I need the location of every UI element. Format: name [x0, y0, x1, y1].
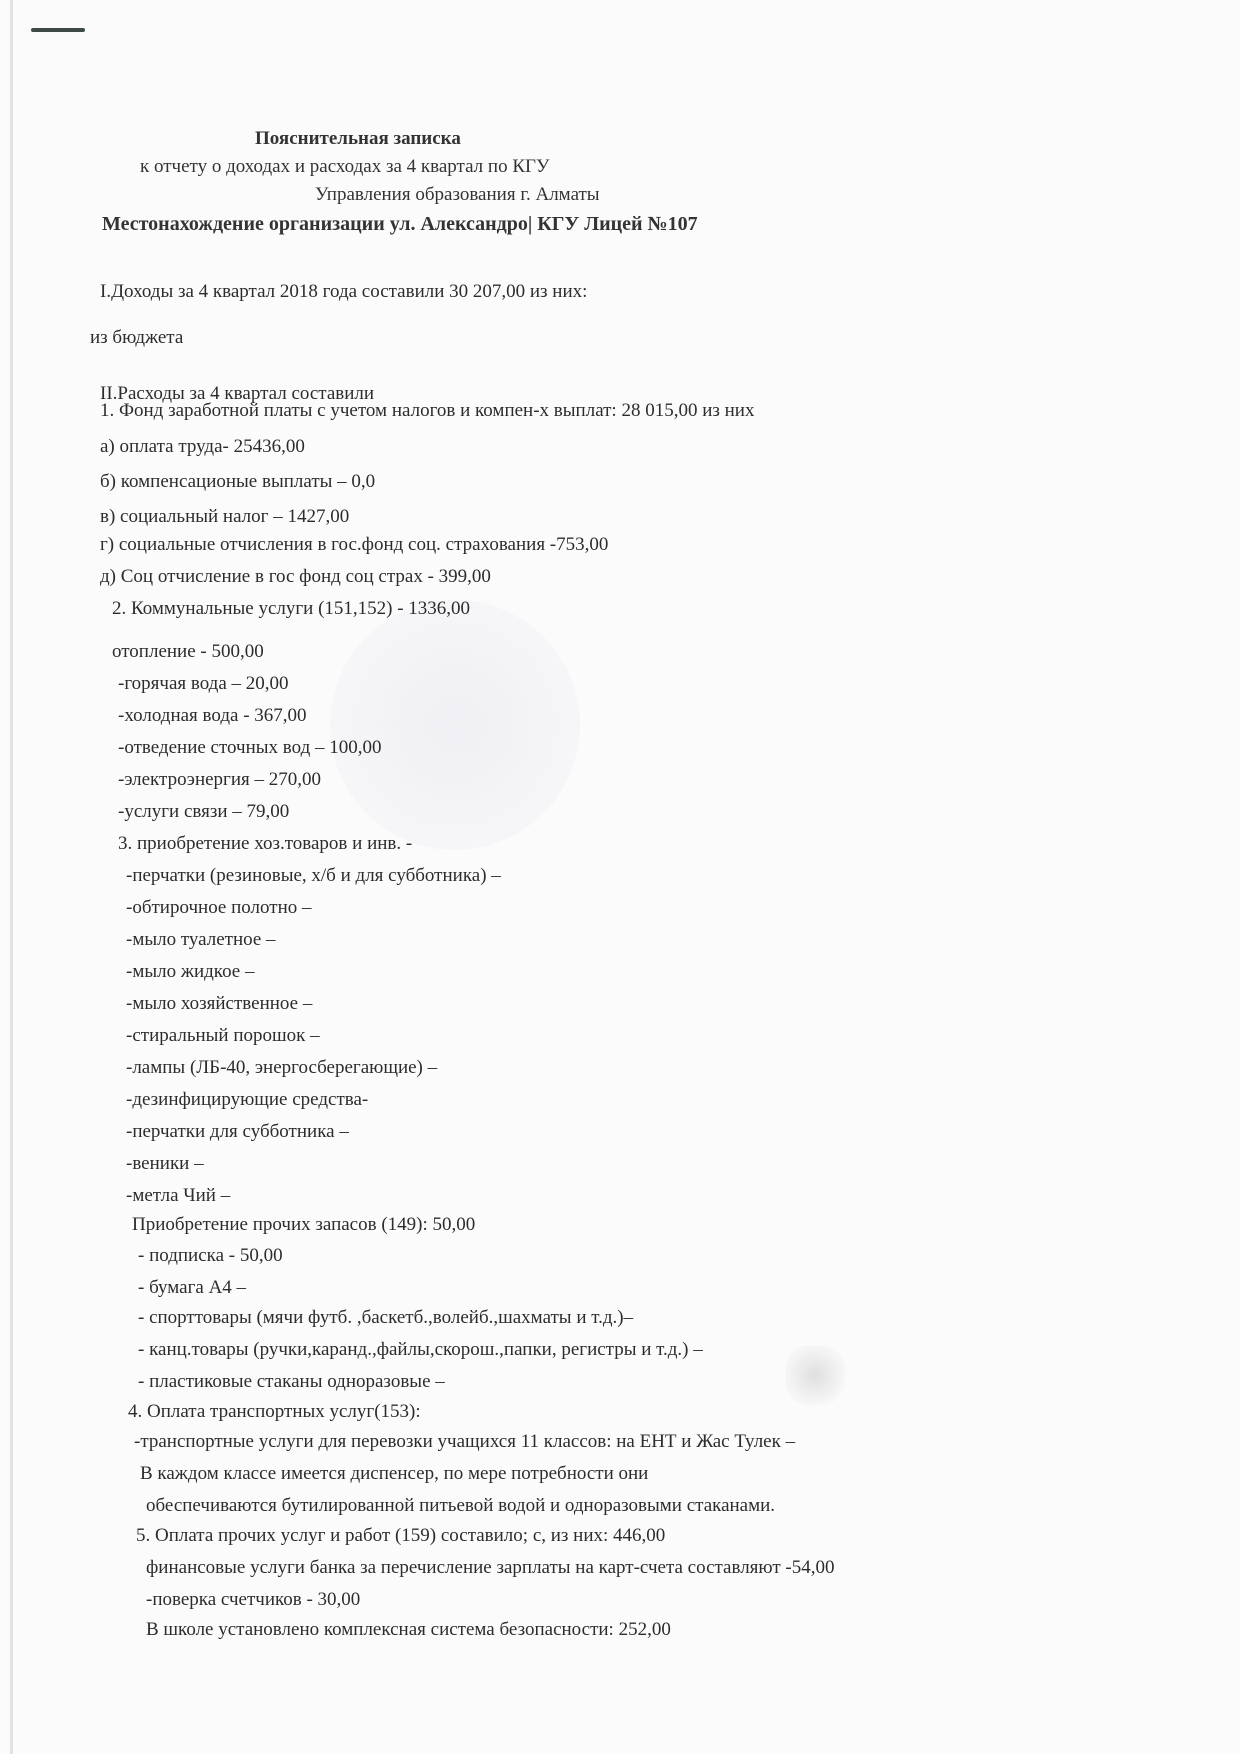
scan-page-edge [10, 0, 13, 1754]
household-item: -дезинфицирующие средства- [126, 1088, 368, 1112]
other-services-item: финансовые услуги банка за перечисление … [146, 1556, 835, 1580]
other-supplies-item: - канц.товары (ручки,каранд.,файлы,скоро… [138, 1338, 703, 1362]
utilities-item: -услуги связи – 79,00 [118, 800, 289, 824]
transport-heading: 4. Оплата транспортных услуг(153): [128, 1400, 421, 1424]
household-item: -лампы (ЛБ-40, энергосберегающие) – [126, 1056, 437, 1080]
household-item: -перчатки (резиновые, х/б и для субботни… [126, 864, 501, 888]
transport-note: обеспечиваются бутилированной питьевой в… [146, 1494, 775, 1518]
other-supplies-item: - бумага А4 – [138, 1276, 246, 1300]
income-source: из бюджета [90, 326, 183, 350]
organization-location: Местонахождение организации ул. Александ… [102, 212, 698, 236]
household-item: -веники – [126, 1152, 204, 1176]
payroll-heading: 1. Фонд заработной платы с учетом налого… [100, 399, 754, 423]
household-item: -мыло туалетное – [126, 928, 276, 952]
faded-stamp [330, 600, 580, 850]
ink-smudge [785, 1345, 845, 1405]
other-supplies-item: - спорттовары (мячи футб. ,баскетб.,воле… [138, 1306, 633, 1330]
other-services-item: -поверка счетчиков - 30,00 [146, 1588, 360, 1612]
other-services-item: В школе установлено комплексная система … [146, 1618, 671, 1642]
other-supplies-heading: Приобретение прочих запасов (149): 50,00 [132, 1213, 475, 1237]
other-services-heading: 5. Оплата прочих услуг и работ (159) сос… [136, 1524, 665, 1548]
household-item: -перчатки для субботника – [126, 1120, 349, 1144]
payroll-item: б) компенсационые выплаты – 0,0 [100, 470, 375, 494]
utilities-item: -отведение сточных вод – 100,00 [118, 736, 382, 760]
corner-pen-mark [31, 28, 85, 32]
other-supplies-item: - подписка - 50,00 [138, 1244, 283, 1268]
transport-note: В каждом классе имеется диспенсер, по ме… [140, 1462, 648, 1486]
household-item: -метла Чий – [126, 1184, 230, 1208]
transport-item: -транспортные услуги для перевозки учащи… [134, 1430, 795, 1454]
utilities-item: отопление - 500,00 [112, 640, 264, 664]
other-supplies-item: - пластиковые стаканы одноразовые – [138, 1370, 445, 1394]
household-item: -мыло хозяйственное – [126, 992, 312, 1016]
household-item: -мыло жидкое – [126, 960, 255, 984]
utilities-item: -горячая вода – 20,00 [118, 672, 289, 696]
utilities-item: -электроэнергия – 270,00 [118, 768, 321, 792]
utilities-item: -холодная вода - 367,00 [118, 704, 307, 728]
payroll-item: д) Соц отчисление в гос фонд соц страх -… [100, 565, 491, 589]
payroll-item: а) оплата труда- 25436,00 [100, 435, 305, 459]
household-item: -стиральный порошок – [126, 1024, 320, 1048]
document-title: Пояснительная записка [255, 127, 461, 151]
document-subtitle-department: Управления образования г. Алматы [315, 183, 600, 207]
payroll-item: в) социальный налог – 1427,00 [100, 505, 349, 529]
payroll-item: г) социальные отчисления в гос.фонд соц.… [100, 533, 608, 557]
income-heading: I.Доходы за 4 квартал 2018 года составил… [100, 280, 587, 304]
utilities-heading: 2. Коммунальные услуги (151,152) - 1336,… [112, 597, 470, 621]
household-item: -обтирочное полотно – [126, 896, 311, 920]
document-subtitle-report: к отчету о доходах и расходах за 4 кварт… [140, 155, 549, 179]
household-heading: 3. приобретение хоз.товаров и инв. - [118, 832, 412, 856]
